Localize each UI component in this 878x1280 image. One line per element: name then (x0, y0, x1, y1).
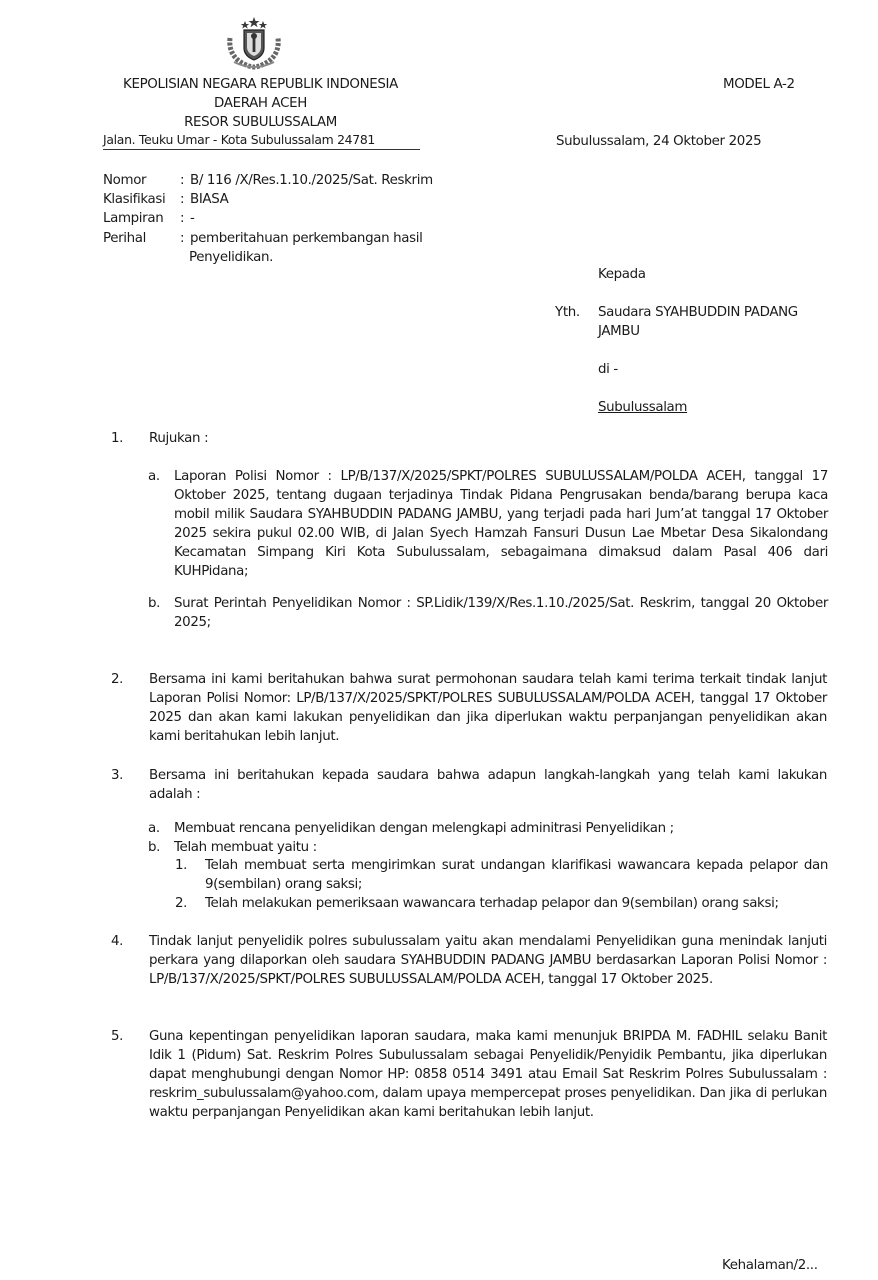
subitem-text: Telah membuat serta mengirimkan surat un… (205, 856, 828, 894)
subitem-label: 1. (175, 856, 187, 875)
recipient-name-cont: JAMBU (598, 322, 640, 341)
place-date: Subulussalam, 24 Oktober 2025 (556, 132, 761, 151)
letterhead-institution: KEPOLISIAN NEGARA REPUBLIK INDONESIA (103, 75, 418, 94)
letterhead-address: Jalan. Teuku Umar - Kota Subulussalam 24… (103, 131, 420, 150)
section-text: Rujukan : (149, 429, 827, 448)
meta-colon: : (180, 171, 184, 190)
section-number: 2. (111, 670, 123, 689)
meta-label: Klasifikasi (103, 190, 165, 209)
item-text: Laporan Polisi Nomor : LP/B/137/X/2025/S… (174, 467, 828, 581)
meta-label: Perihal (103, 229, 146, 248)
section-text: Guna kepentingan penyelidikan laporan sa… (149, 1027, 827, 1122)
meta-label: Lampiran (103, 209, 163, 228)
section-text: Bersama ini kami beritahukan bahwa surat… (149, 670, 827, 746)
meta-colon: : (180, 229, 184, 248)
section-text: Bersama ini beritahukan kepada saudara b… (149, 766, 827, 804)
page-continuation: Kehalaman/2... (722, 1256, 818, 1275)
section-text: Tindak lanjut penyelidik polres subuluss… (149, 932, 827, 989)
meta-value: Penyelidikan. (189, 248, 273, 267)
meta-value: - (190, 209, 194, 228)
item-label: a. (148, 467, 160, 486)
recipient-kepada: Kepada (598, 265, 646, 284)
letterhead-region: DAERAH ACEH (103, 94, 418, 113)
item-label: b. (148, 594, 160, 613)
subitem-label: 2. (175, 894, 187, 913)
letterhead-resort: RESOR SUBULUSSALAM (103, 113, 418, 132)
item-label: b. (148, 838, 160, 857)
section-number: 1. (111, 429, 123, 448)
meta-value: pemberitahuan perkembangan hasil (190, 229, 422, 248)
section-number: 4. (111, 932, 123, 951)
item-label: a. (148, 819, 160, 838)
meta-value: B/ 116 /X/Res.1.10./2025/Sat. Reskrim (190, 171, 433, 190)
meta-colon: : (180, 190, 184, 209)
meta-colon: : (180, 209, 184, 228)
subitem-text: Telah melakukan pemeriksaan wawancara te… (205, 894, 828, 913)
meta-value: BIASA (190, 190, 228, 209)
recipient-city: Subulussalam (598, 398, 687, 417)
section-number: 3. (111, 766, 123, 785)
section-number: 5. (111, 1027, 123, 1046)
recipient-di: di - (598, 360, 618, 379)
recipient-yth: Yth. (555, 303, 580, 322)
item-text: Surat Perintah Penyelidikan Nomor : SP.L… (174, 594, 828, 632)
recipient-name: Saudara SYAHBUDDIN PADANG (598, 303, 798, 322)
police-emblem-icon (224, 16, 284, 70)
item-text: Membuat rencana penyelidikan dengan mele… (174, 819, 828, 838)
model-code: MODEL A-2 (723, 75, 795, 94)
meta-label: Nomor (103, 171, 146, 190)
item-text: Telah membuat yaitu : (174, 838, 828, 857)
